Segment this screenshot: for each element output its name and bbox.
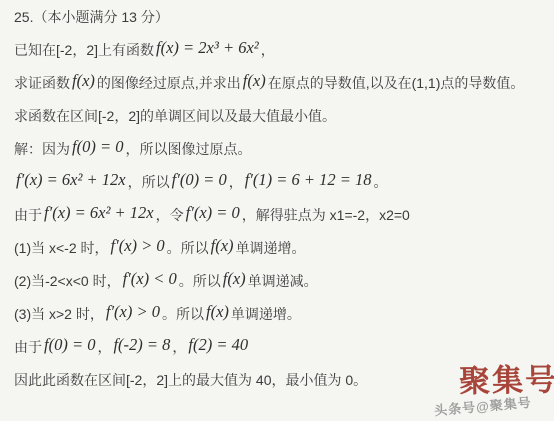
text-line: (1)当 x<-2 时，f′(x) > 0。所以f(x)单调递增。	[14, 237, 550, 259]
text-segment: 求函数在区间[-2，2]的单调区间以及最大值最小值。	[14, 108, 336, 124]
text-segment: (3)当 x>2 时，	[14, 306, 104, 322]
text-segment: 单调递减。	[248, 273, 318, 289]
text-segment: (2)当-2<x<0 时，	[14, 273, 121, 289]
text-segment: ，所以图像过原点。	[125, 141, 251, 157]
text-segment: 。所以	[179, 273, 221, 289]
text-line: (2)当-2<x<0 时，f′(x) < 0。所以f(x)单调递减。	[14, 270, 550, 292]
text-segment: ，解得驻点为 x1=-2，x2=0	[242, 207, 410, 223]
text-segment: 单调递增。	[236, 240, 306, 256]
math-segment: f(0) = 0	[42, 335, 97, 354]
math-segment: f(2) = 40	[186, 335, 250, 354]
math-segment: f′(x) > 0	[104, 302, 162, 321]
math-segment: f′(x) = 0	[184, 203, 242, 222]
text-segment: (1)当 x<-2 时，	[14, 240, 109, 256]
text-line: 因此此函数在区间[-2，2]上的最大值为 40，最小值为 0。	[14, 369, 550, 391]
text-segment: ，	[261, 42, 275, 58]
text-line: 已知在[-2，2]上有函数f(x) = 2x³ + 6x²，	[14, 39, 550, 61]
text-segment: 由于	[14, 339, 42, 355]
text-segment: 在原点的导数值,以及在(1,1)点的导数值。	[268, 75, 525, 91]
text-segment: 解：因为	[14, 141, 70, 157]
math-segment: f(x)	[204, 302, 231, 321]
text-segment: 求证函数	[14, 75, 70, 91]
text-segment: 。所以	[167, 240, 209, 256]
text-segment: 已知在[-2，2]上有函数	[14, 42, 154, 58]
math-segment: f(0) = 0	[70, 137, 125, 156]
text-segment: 因此此函数在区间[-2，2]上的最大值为 40，最小值为 0。	[14, 372, 367, 388]
math-segment: f′(x) = 6x² + 12x	[14, 170, 128, 189]
text-line: 解：因为f(0) = 0，所以图像过原点。	[14, 138, 550, 160]
text-segment: 25.（本小题满分 13 分）	[14, 9, 169, 25]
document-page: 25.（本小题满分 13 分）已知在[-2，2]上有函数f(x) = 2x³ +…	[0, 0, 554, 421]
math-segment: f(x) = 2x³ + 6x²	[154, 38, 261, 57]
math-segment: f(x)	[209, 236, 236, 255]
math-segment: f′(0) = 0	[170, 170, 229, 189]
text-segment: ，令	[156, 207, 184, 223]
text-segment: ，	[172, 339, 186, 355]
text-line: 求证函数f(x)的图像经过原点,并求出f(x)在原点的导数值,以及在(1,1)点…	[14, 72, 550, 94]
math-segment: f(x)	[241, 71, 268, 90]
text-segment: 的图像经过原点,并求出	[97, 75, 241, 91]
text-segment: ，	[97, 339, 111, 355]
text-line: 求函数在区间[-2，2]的单调区间以及最大值最小值。	[14, 105, 550, 127]
math-segment: f(x)	[70, 71, 97, 90]
math-segment: f′(x) = 6x² + 12x	[42, 203, 156, 222]
text-line: 由于f′(x) = 6x² + 12x，令f′(x) = 0，解得驻点为 x1=…	[14, 204, 550, 226]
text-line: 25.（本小题满分 13 分）	[14, 6, 550, 28]
text-segment: 。所以	[162, 306, 204, 322]
text-segment: ，所以	[128, 174, 170, 190]
text-segment: 由于	[14, 207, 42, 223]
text-line: 由于f(0) = 0，f(-2) = 8，f(2) = 40	[14, 336, 550, 358]
math-segment: f(x)	[221, 269, 248, 288]
text-line: (3)当 x>2 时，f′(x) > 0。所以f(x)单调递增。	[14, 303, 550, 325]
solution-text: 25.（本小题满分 13 分）已知在[-2，2]上有函数f(x) = 2x³ +…	[14, 6, 550, 402]
text-line: f′(x) = 6x² + 12x，所以f′(0) = 0，f′(1) = 6 …	[14, 171, 550, 193]
math-segment: f′(x) < 0	[121, 269, 179, 288]
text-segment: ，	[229, 174, 243, 190]
math-segment: f′(x) > 0	[109, 236, 167, 255]
text-segment: 单调递增。	[231, 306, 301, 322]
text-segment: 。	[374, 174, 388, 190]
math-segment: f(-2) = 8	[111, 335, 172, 354]
math-segment: f′(1) = 6 + 12 = 18	[243, 170, 374, 189]
